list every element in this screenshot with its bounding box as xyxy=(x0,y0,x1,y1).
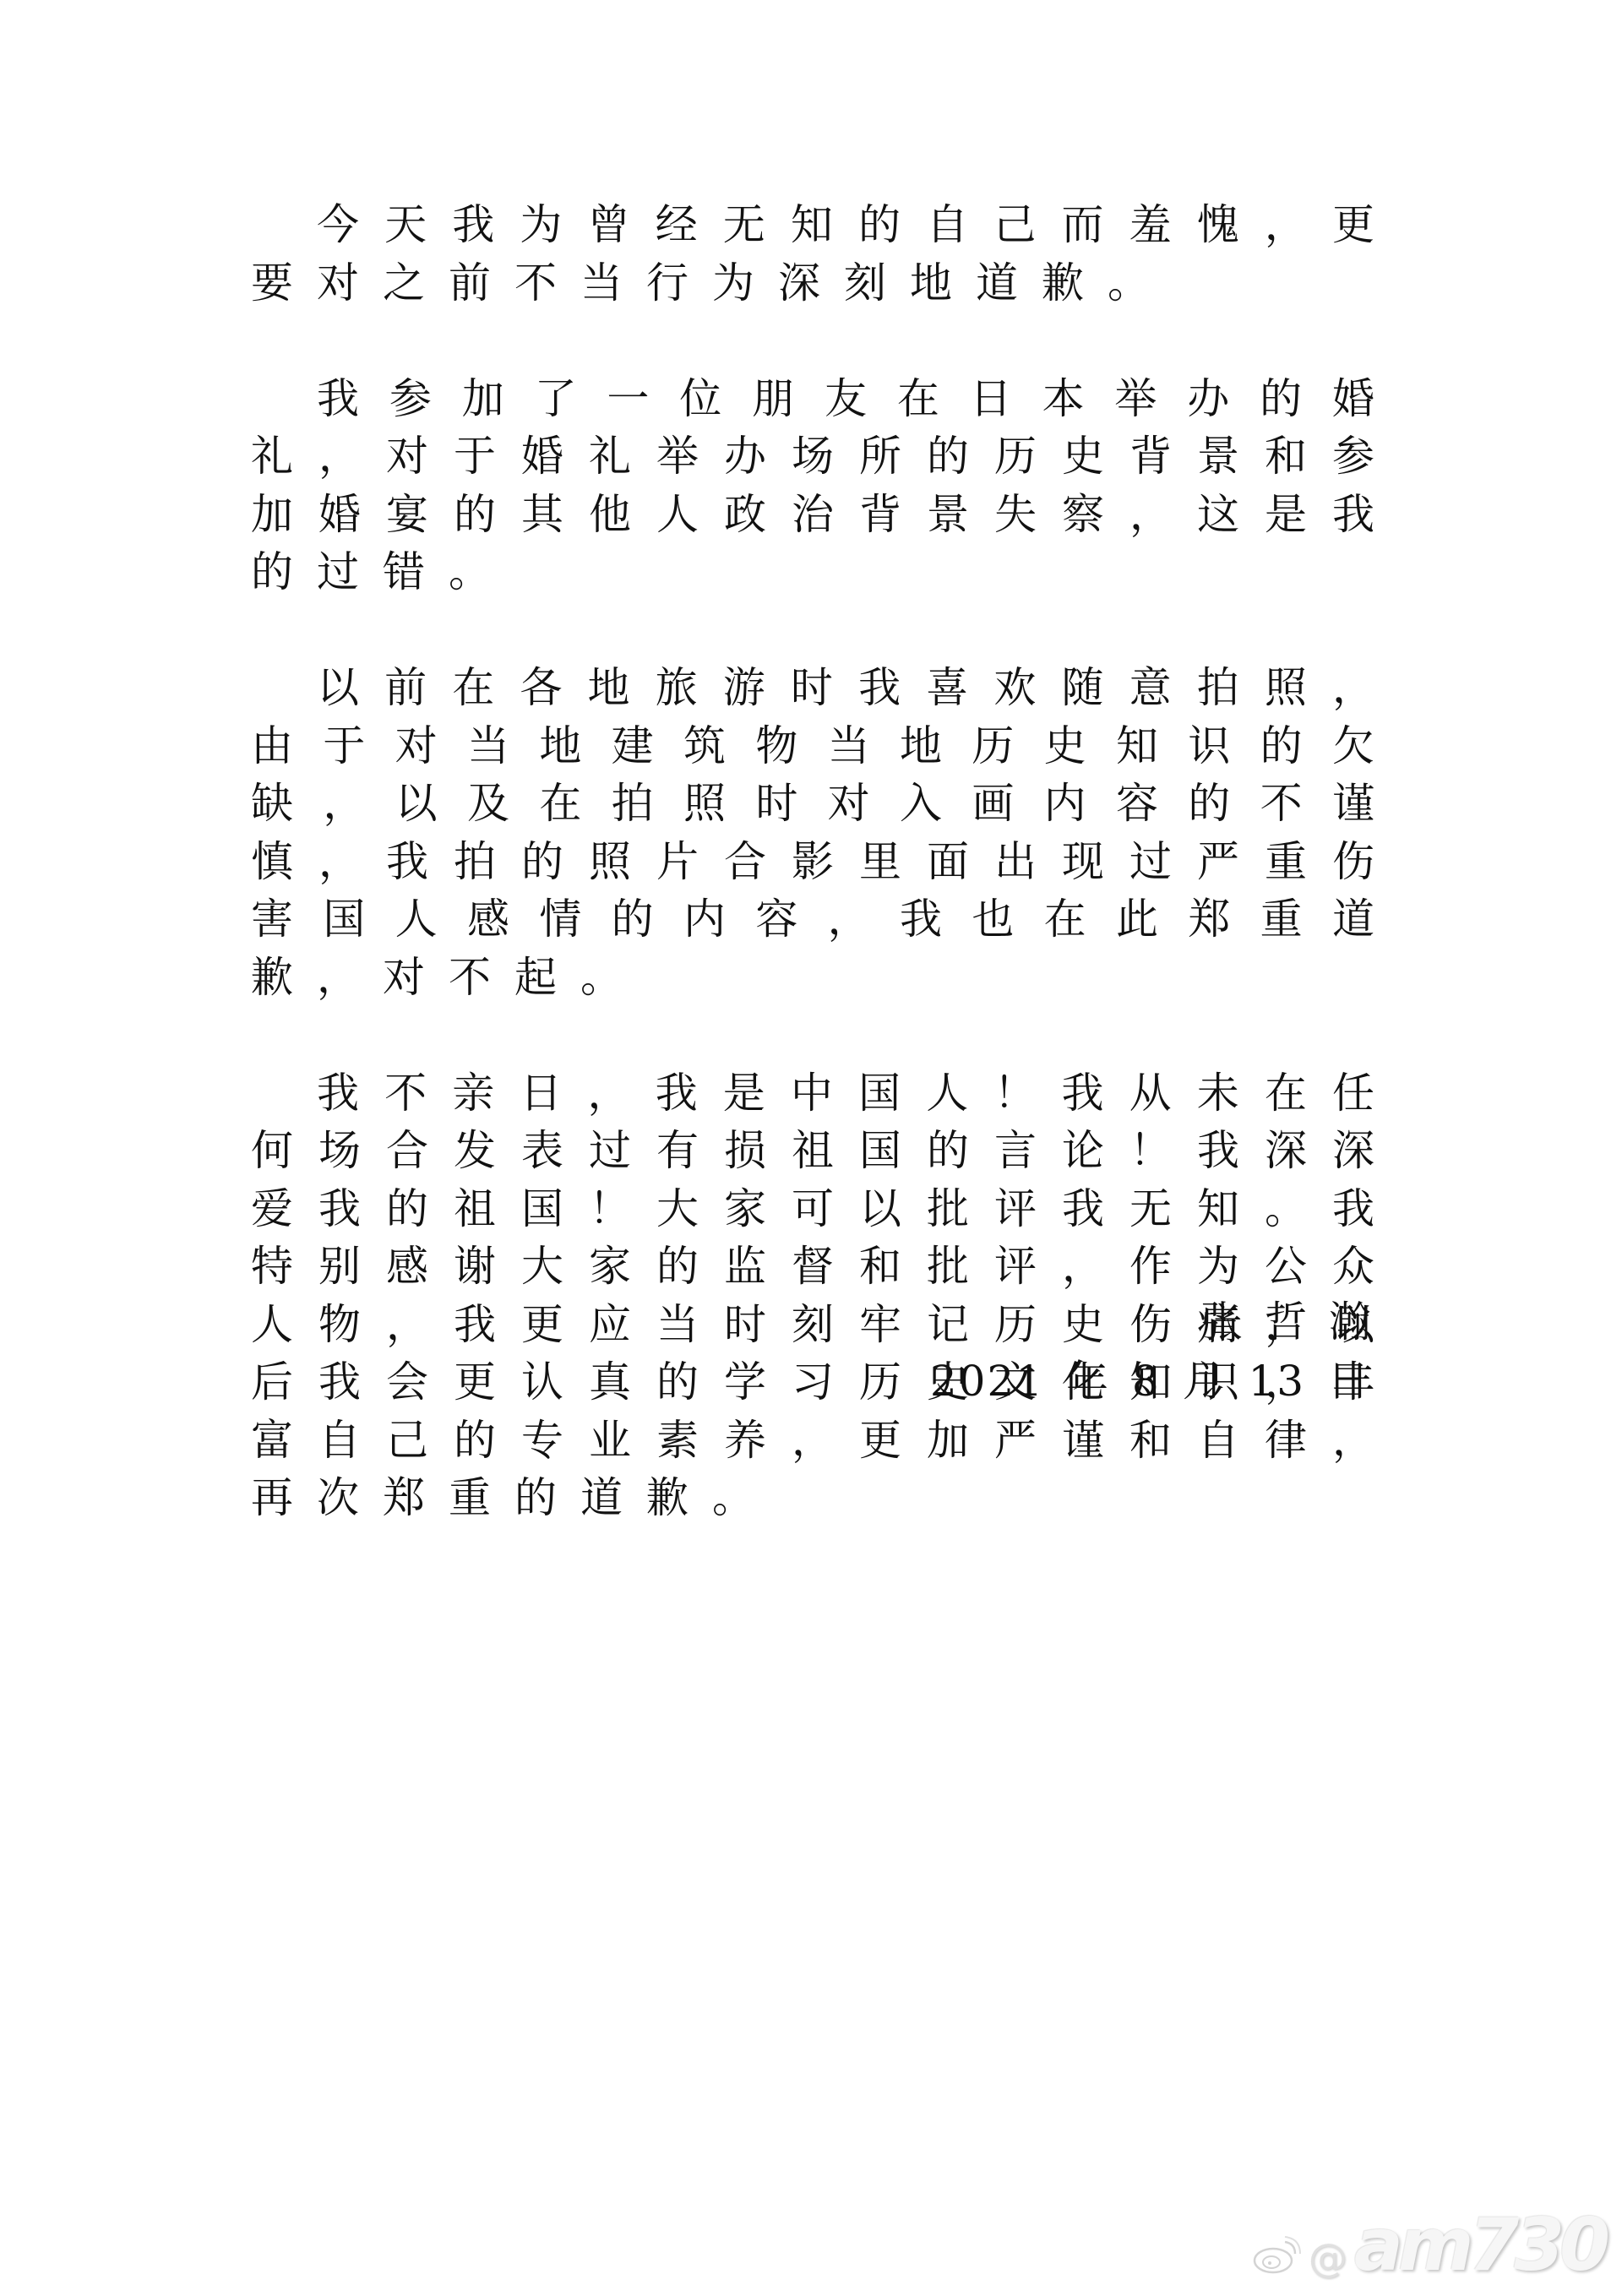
am730-logo: am730 xyxy=(1354,2212,1605,2279)
letter-paragraph-2: 我参加了一位朋友在日本举办的婚礼，对于婚礼举办场所的历史背景和参加婚宴的其他人政… xyxy=(251,370,1398,601)
signature-date: 2021 年 8 月 13 日 xyxy=(930,1352,1371,1411)
watermark-at-symbol: @ xyxy=(1309,2237,1347,2279)
letter-paragraph-3: 以前在各地旅游时我喜欢随意拍照，由于对当地建筑物当地历史知识的欠缺，以及在拍照时… xyxy=(251,659,1398,1006)
signature-block: 张哲瀚 2021 年 8 月 13 日 xyxy=(930,1292,1371,1411)
letter-paragraph-1: 今天我为曾经无知的自己而羞愧，更要对之前不当行为深刻地道歉。 xyxy=(251,196,1398,312)
weibo-icon xyxy=(1251,2233,1302,2279)
signature-name: 张哲瀚 xyxy=(930,1292,1393,1352)
watermark: @ am730 xyxy=(1251,2212,1605,2279)
